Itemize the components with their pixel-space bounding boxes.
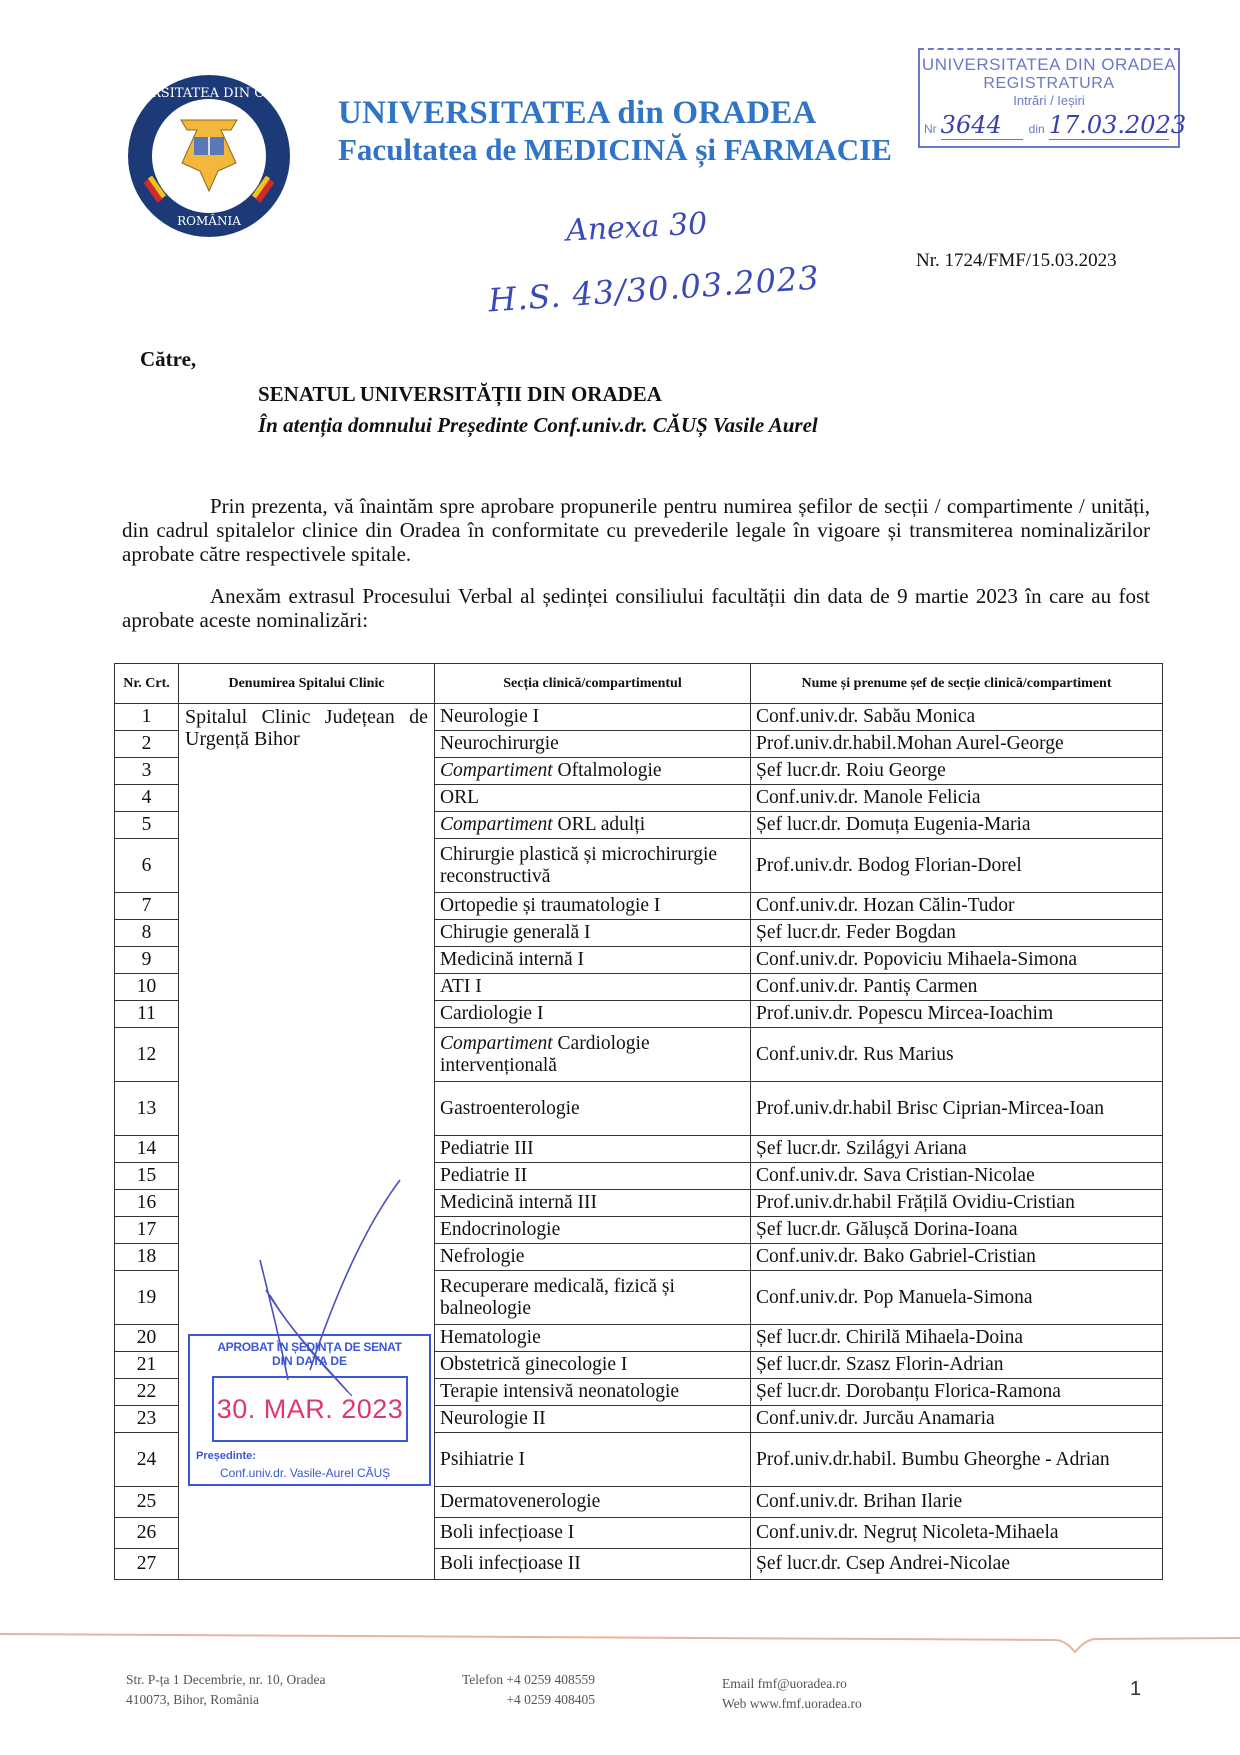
section-label: Boli infecțioase I xyxy=(440,1522,574,1543)
footer-web[interactable]: Web www.fmf.uoradea.ro xyxy=(722,1694,862,1714)
row-number: 10 xyxy=(115,974,179,1001)
footer-email[interactable]: Email fmf@uoradea.ro xyxy=(722,1674,862,1694)
row-number: 6 xyxy=(115,839,179,893)
row-number: 19 xyxy=(115,1271,179,1325)
section-label: Terapie intensivă neonatologie xyxy=(440,1381,679,1402)
section-head-name: Conf.univ.dr. Hozan Călin-Tudor xyxy=(751,893,1163,920)
section-name: ATI I xyxy=(435,974,751,1001)
registry-date-label: din xyxy=(1029,122,1045,136)
registry-stamp-line3: Intrări / Ieșiri xyxy=(920,93,1178,108)
section-name: Pediatrie II xyxy=(435,1163,751,1190)
row-number: 20 xyxy=(115,1325,179,1352)
header-nr: Nr. Crt. xyxy=(115,664,179,704)
section-name: Nefrologie xyxy=(435,1244,751,1271)
header-section: Secția clinică/compartimentul xyxy=(435,664,751,704)
section-head-name: Conf.univ.dr. Brihan Ilarie xyxy=(751,1487,1163,1518)
body-paragraph-2: Anexăm extrasul Procesului Verbal al șed… xyxy=(122,584,1150,632)
recipient: SENATUL UNIVERSITĂȚII DIN ORADEA xyxy=(258,382,662,407)
footer-phone-line1: Telefon +4 0259 408559 xyxy=(462,1670,595,1690)
senate-stamp-president-label: Președinte: xyxy=(196,1450,256,1462)
row-number: 24 xyxy=(115,1433,179,1487)
section-name: Ortopedie și traumatologie I xyxy=(435,893,751,920)
table-row: 1Spitalul Clinic Județean de Urgență Bih… xyxy=(115,704,1163,731)
section-label: Boli infecțioase II xyxy=(440,1553,581,1574)
section-name: Boli infecțioase I xyxy=(435,1518,751,1549)
section-head-name: Șef lucr.dr. Chirilă Mihaela-Doina xyxy=(751,1325,1163,1352)
university-name: UNIVERSITATEA din ORADEA xyxy=(338,95,817,131)
section-prefix: Compartiment xyxy=(440,814,553,835)
row-number: 4 xyxy=(115,785,179,812)
section-head-name: Conf.univ.dr. Jurcău Anamaria xyxy=(751,1406,1163,1433)
section-head-name: Prof.univ.dr.habil Frățilă Ovidiu-Cristi… xyxy=(751,1190,1163,1217)
row-number: 3 xyxy=(115,758,179,785)
section-name: Cardiologie I xyxy=(435,1001,751,1028)
section-head-name: Conf.univ.dr. Sabău Monica xyxy=(751,704,1163,731)
footer-address-line1: Str. P-ța 1 Decembrie, nr. 10, Oradea xyxy=(126,1670,325,1690)
section-label: Cardiologie I xyxy=(440,1003,543,1024)
section-name: Medicină internă III xyxy=(435,1190,751,1217)
section-label: Hematologie xyxy=(440,1327,541,1348)
section-label: ATI I xyxy=(440,976,482,997)
row-number: 13 xyxy=(115,1082,179,1136)
section-head-name: Șef lucr.dr. Dorobanțu Florica-Ramona xyxy=(751,1379,1163,1406)
senate-stamp-president-name: Conf.univ.dr. Vasile-Aurel CĂUȘ xyxy=(220,1466,390,1480)
registry-stamp-number-row: Nr3644din17.03.2023 xyxy=(924,111,1174,140)
section-prefix: Compartiment xyxy=(440,760,553,781)
section-head-name: Șef lucr.dr. Roiu George xyxy=(751,758,1163,785)
section-head-name: Șef lucr.dr. Domuța Eugenia-Maria xyxy=(751,812,1163,839)
footer-address: Str. P-ța 1 Decembrie, nr. 10, Oradea 41… xyxy=(126,1670,325,1710)
section-name: Dermatovenerologie xyxy=(435,1487,751,1518)
section-label: Oftalmologie xyxy=(558,760,662,781)
section-label: Dermatovenerologie xyxy=(440,1491,600,1512)
section-label: Recuperare medicală, fizică și balneolog… xyxy=(440,1276,675,1319)
section-prefix: Compartiment xyxy=(440,1033,553,1054)
section-label: ORL xyxy=(440,787,479,808)
row-number: 15 xyxy=(115,1163,179,1190)
senate-stamp-line2: DIN DATA DE xyxy=(190,1354,429,1368)
section-name: Chirurgie plastică și microchirurgie rec… xyxy=(435,839,751,893)
senate-stamp-date: 30. MAR. 2023 xyxy=(212,1376,408,1442)
row-number: 7 xyxy=(115,893,179,920)
section-label: Gastroenterologie xyxy=(440,1098,580,1119)
section-name: Gastroenterologie xyxy=(435,1082,751,1136)
section-head-name: Conf.univ.dr. Popoviciu Mihaela-Simona xyxy=(751,947,1163,974)
section-name: Neurologie II xyxy=(435,1406,751,1433)
row-number: 1 xyxy=(115,704,179,731)
section-head-name: Conf.univ.dr. Sava Cristian-Nicolae xyxy=(751,1163,1163,1190)
section-head-name: Prof.univ.dr.habil.Mohan Aurel-George xyxy=(751,731,1163,758)
handwritten-decision: H.S. 43/30.03.2023 xyxy=(487,258,821,319)
section-label: Chirugie generală I xyxy=(440,922,591,943)
section-name: Neurologie I xyxy=(435,704,751,731)
row-number: 11 xyxy=(115,1001,179,1028)
section-name: Compartiment Oftalmologie xyxy=(435,758,751,785)
handwritten-annex: Anexa 30 xyxy=(565,206,708,248)
section-label: Obstetrică ginecologie I xyxy=(440,1354,627,1375)
row-number: 26 xyxy=(115,1518,179,1549)
attention-line: În atenția domnului Președinte Conf.univ… xyxy=(258,413,818,438)
section-head-name: Șef lucr.dr. Feder Bogdan xyxy=(751,920,1163,947)
registry-nr-label: Nr xyxy=(924,122,937,136)
section-head-name: Prof.univ.dr. Popescu Mircea-Ioachim xyxy=(751,1001,1163,1028)
row-number: 5 xyxy=(115,812,179,839)
row-number: 21 xyxy=(115,1352,179,1379)
row-number: 22 xyxy=(115,1379,179,1406)
senate-stamp-line1: APROBAT ÎN ȘEDINȚA DE SENAT xyxy=(190,1340,429,1354)
footer-phone-line2: +4 0259 408405 xyxy=(462,1690,595,1710)
section-name: Terapie intensivă neonatologie xyxy=(435,1379,751,1406)
university-seal-icon: UNIVERSITATEA DIN ORADEA ROMÂNIA xyxy=(126,73,292,239)
section-label: Ortopedie și traumatologie I xyxy=(440,895,660,916)
section-head-name: Prof.univ.dr.habil Brisc Ciprian-Mircea-… xyxy=(751,1082,1163,1136)
faculty-name: Facultatea de MEDICINĂ și FARMACIE xyxy=(338,133,892,167)
section-label: Psihiatrie I xyxy=(440,1449,525,1470)
section-head-name: Conf.univ.dr. Pantiș Carmen xyxy=(751,974,1163,1001)
row-number: 9 xyxy=(115,947,179,974)
section-label: Endocrinologie xyxy=(440,1219,560,1240)
section-label: Medicină internă III xyxy=(440,1192,597,1213)
section-name: Endocrinologie xyxy=(435,1217,751,1244)
registry-date-value: 17.03.2023 xyxy=(1049,111,1169,140)
section-label: Chirurgie plastică și microchirurgie rec… xyxy=(440,844,717,887)
section-head-name: Șef lucr.dr. Csep Andrei-Nicolae xyxy=(751,1549,1163,1580)
registry-stamp-line2: REGISTRATURA xyxy=(920,75,1178,93)
section-name: Pediatrie III xyxy=(435,1136,751,1163)
row-number: 17 xyxy=(115,1217,179,1244)
section-label: Neurologie II xyxy=(440,1408,546,1429)
section-name: Recuperare medicală, fizică și balneolog… xyxy=(435,1271,751,1325)
header-head: Nume și prenume șef de secție clinică/co… xyxy=(751,664,1163,704)
row-number: 27 xyxy=(115,1549,179,1580)
section-head-name: Conf.univ.dr. Pop Manuela-Simona xyxy=(751,1271,1163,1325)
section-head-name: Prof.univ.dr.habil. Bumbu Gheorghe - Adr… xyxy=(751,1433,1163,1487)
section-name: Compartiment Cardiologie intervențională xyxy=(435,1028,751,1082)
row-number: 23 xyxy=(115,1406,179,1433)
table-header-row: Nr. Crt. Denumirea Spitalui Clinic Secți… xyxy=(115,664,1163,704)
row-number: 18 xyxy=(115,1244,179,1271)
section-head-name: Prof.univ.dr. Bodog Florian-Dorel xyxy=(751,839,1163,893)
registry-stamp-line1: UNIVERSITATEA DIN ORADEA xyxy=(920,55,1178,75)
row-number: 14 xyxy=(115,1136,179,1163)
senate-approval-stamp: APROBAT ÎN ȘEDINȚA DE SENAT DIN DATA DE … xyxy=(188,1334,431,1486)
section-label: Pediatrie III xyxy=(440,1138,534,1159)
section-head-name: Conf.univ.dr. Rus Marius xyxy=(751,1028,1163,1082)
page-number: 1 xyxy=(1130,1678,1141,1701)
registry-nr-value: 3644 xyxy=(941,111,1023,140)
section-label: ORL adulți xyxy=(558,814,646,835)
row-number: 25 xyxy=(115,1487,179,1518)
section-name: Hematologie xyxy=(435,1325,751,1352)
section-label: Neurochirurgie xyxy=(440,733,559,754)
footer-phone: Telefon +4 0259 408559 +4 0259 408405 xyxy=(462,1670,595,1710)
section-head-name: Șef lucr.dr. Szilágyi Ariana xyxy=(751,1136,1163,1163)
section-head-name: Conf.univ.dr. Manole Felicia xyxy=(751,785,1163,812)
section-label: Medicină internă I xyxy=(440,949,584,970)
section-label: Neurologie I xyxy=(440,706,539,727)
salutation: Către, xyxy=(140,347,196,372)
footer-address-line2: 410073, Bihor, România xyxy=(126,1690,325,1710)
section-label: Nefrologie xyxy=(440,1246,524,1267)
row-number: 16 xyxy=(115,1190,179,1217)
section-name: Psihiatrie I xyxy=(435,1433,751,1487)
registry-stamp: UNIVERSITATEA DIN ORADEA REGISTRATURA In… xyxy=(918,48,1180,148)
svg-text:ROMÂNIA: ROMÂNIA xyxy=(177,213,241,228)
section-name: Neurochirurgie xyxy=(435,731,751,758)
section-name: Chirugie generală I xyxy=(435,920,751,947)
section-name: Compartiment ORL adulți xyxy=(435,812,751,839)
section-head-name: Șef lucr.dr. Szasz Florin-Adrian xyxy=(751,1352,1163,1379)
section-label: Pediatrie II xyxy=(440,1165,527,1186)
svg-text:UNIVERSITATEA DIN ORADEA: UNIVERSITATEA DIN ORADEA xyxy=(126,86,292,101)
body-paragraph-1: Prin prezenta, vă înaintăm spre aprobare… xyxy=(122,494,1150,566)
section-name: ORL xyxy=(435,785,751,812)
section-name: Medicină internă I xyxy=(435,947,751,974)
section-head-name: Conf.univ.dr. Bako Gabriel-Cristian xyxy=(751,1244,1163,1271)
row-number: 8 xyxy=(115,920,179,947)
row-number: 12 xyxy=(115,1028,179,1082)
section-head-name: Șef lucr.dr. Gălușcă Dorina-Ioana xyxy=(751,1217,1163,1244)
row-number: 2 xyxy=(115,731,179,758)
header-hospital: Denumirea Spitalui Clinic xyxy=(179,664,435,704)
section-name: Boli infecțioase II xyxy=(435,1549,751,1580)
section-head-name: Conf.univ.dr. Negruț Nicoleta-Mihaela xyxy=(751,1518,1163,1549)
section-name: Obstetrică ginecologie I xyxy=(435,1352,751,1379)
footer-divider xyxy=(0,1628,1240,1658)
document-number: Nr. 1724/FMF/15.03.2023 xyxy=(916,250,1117,272)
footer-contact: Email fmf@uoradea.ro Web www.fmf.uoradea… xyxy=(722,1674,862,1714)
